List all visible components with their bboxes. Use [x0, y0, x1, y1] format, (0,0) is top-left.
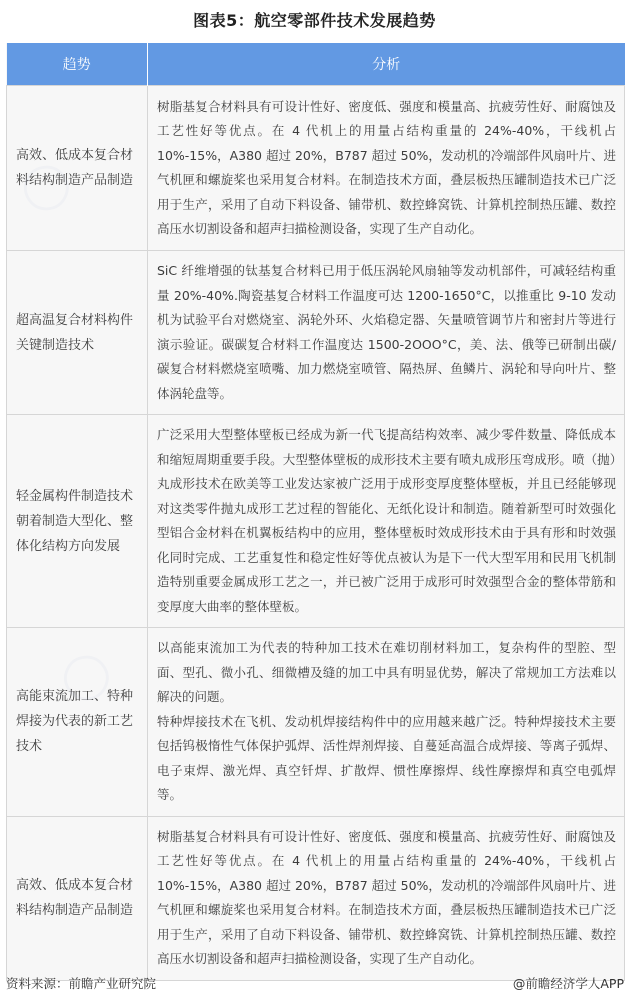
analysis-paragraph: 特种焊接技术在飞机、发动机焊接结构件中的应用越来越广泛。特种焊接技术主要包括钨极…	[157, 710, 616, 808]
analysis-cell: SiC 纤维增强的钛基复合材料已用于低压涡轮风扇轴等发动机部件，可减轻结构重量 …	[148, 251, 625, 415]
trend-cell: 超高温复合材料构件关键制造技术	[7, 251, 148, 415]
table-row: 高效、低成本复合材料结构制造产品制造 树脂基复合材料具有可设计性好、密度低、强度…	[7, 86, 625, 251]
trend-cell: 高效、低成本复合材料结构制造产品制造	[7, 816, 148, 980]
footer: 资料来源：前瞻产业研究院 @前瞻经济学人APP	[6, 974, 624, 992]
header-trend: 趋势	[7, 43, 148, 86]
source-note: 资料来源：前瞻产业研究院	[6, 974, 156, 992]
table-row: 高效、低成本复合材料结构制造产品制造 树脂基复合材料具有可设计性好、密度低、强度…	[7, 816, 625, 980]
credit-note: @前瞻经济学人APP	[513, 974, 624, 992]
analysis-paragraph: 广泛采用大型整体壁板已经成为新一代飞提高结构效率、减少零件数量、降低成本和缩短周…	[157, 423, 616, 619]
trend-cell: 高效、低成本复合材料结构制造产品制造	[7, 86, 148, 251]
table-header-row: 趋势 分析	[7, 43, 625, 86]
analysis-paragraph: SiC 纤维增强的钛基复合材料已用于低压涡轮风扇轴等发动机部件，可减轻结构重量 …	[157, 259, 616, 406]
trend-cell: 轻金属构件制造技术朝着制造大型化、整体化结构方向发展	[7, 415, 148, 628]
analysis-paragraph: 以高能束流加工为代表的特种加工技术在难切削材料加工，复杂构件的型腔、型面、型孔、…	[157, 636, 616, 710]
trend-cell: 高能束流加工、特种焊接为代表的新工艺技术	[7, 628, 148, 817]
trend-table: 趋势 分析 高效、低成本复合材料结构制造产品制造 树脂基复合材料具有可设计性好、…	[6, 43, 625, 981]
analysis-paragraph: 树脂基复合材料具有可设计性好、密度低、强度和模量高、抗疲劳性好、耐腐蚀及工艺性好…	[157, 95, 616, 242]
table-row: 轻金属构件制造技术朝着制造大型化、整体化结构方向发展 广泛采用大型整体壁板已经成…	[7, 415, 625, 628]
table-row: 超高温复合材料构件关键制造技术 SiC 纤维增强的钛基复合材料已用于低压涡轮风扇…	[7, 251, 625, 415]
analysis-cell: 树脂基复合材料具有可设计性好、密度低、强度和模量高、抗疲劳性好、耐腐蚀及工艺性好…	[148, 86, 625, 251]
analysis-cell: 广泛采用大型整体壁板已经成为新一代飞提高结构效率、减少零件数量、降低成本和缩短周…	[148, 415, 625, 628]
analysis-paragraph: 树脂基复合材料具有可设计性好、密度低、强度和模量高、抗疲劳性好、耐腐蚀及工艺性好…	[157, 825, 616, 972]
table-row: 高能束流加工、特种焊接为代表的新工艺技术 以高能束流加工为代表的特种加工技术在难…	[7, 628, 625, 817]
analysis-cell: 树脂基复合材料具有可设计性好、密度低、强度和模量高、抗疲劳性好、耐腐蚀及工艺性好…	[148, 816, 625, 980]
header-analysis: 分析	[148, 43, 625, 86]
analysis-cell: 以高能束流加工为代表的特种加工技术在难切削材料加工，复杂构件的型腔、型面、型孔、…	[148, 628, 625, 817]
chart-title: 图表5：航空零部件技术发展趋势	[0, 8, 629, 31]
